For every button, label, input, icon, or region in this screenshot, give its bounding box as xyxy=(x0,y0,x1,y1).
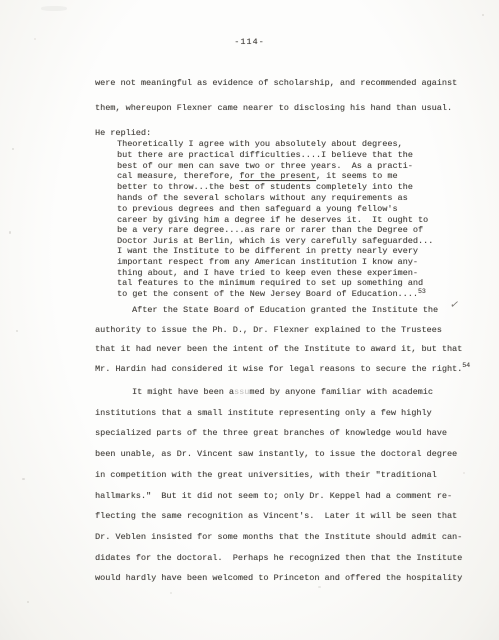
paragraph-continuation: were not meaningful as evidence of schol… xyxy=(95,71,471,146)
text-line: were not meaningful as evidence of schol… xyxy=(95,71,471,96)
text-line: important respect from any American inst… xyxy=(117,257,469,268)
text-line: institutions that a small institute repr… xyxy=(95,403,471,424)
text-line: I want the Institute to be different in … xyxy=(117,246,469,257)
text-line: best of our men can save two or three ye… xyxy=(117,161,469,172)
text-line: would hardly have been welcomed to Princ… xyxy=(95,568,471,589)
text-line: hands of the several scholars without an… xyxy=(117,193,469,204)
text-line: After the State Board of Education grant… xyxy=(95,301,471,321)
text-line: specialized parts of the three great bra… xyxy=(95,423,471,444)
text-line: flecting the same recognition as Vincent… xyxy=(95,506,471,527)
paragraph-academic-institutions: It might have been assumed by anyone fam… xyxy=(95,382,471,589)
text-line: cal measure, therefore, for the present,… xyxy=(117,171,469,182)
text-line: better to throw...the best of students c… xyxy=(117,182,469,193)
text-line: hallmarks." But it did not seem to; only… xyxy=(95,486,471,507)
text-line: authority to issue the Ph. D., Dr. Flexn… xyxy=(95,321,471,341)
scanned-typescript-page: -114- were not meaningful as evidence of… xyxy=(0,0,499,640)
blockquote-flexner-institute: I want the Institute to be different in … xyxy=(117,246,469,301)
text-line: be a very rare degree....as rare or rare… xyxy=(117,225,469,236)
text-line: thing about, and I have tried to keep ev… xyxy=(117,268,469,279)
paragraph-state-board: After the State Board of Education grant… xyxy=(95,301,471,379)
text-line: to get the consent of the New Jersey Boa… xyxy=(117,289,469,301)
text-line: but there are practical difficulties....… xyxy=(117,150,469,161)
text-line: Theoretically I agree with you absolutel… xyxy=(117,139,469,150)
text-line: Dr. Veblen insisted for some months that… xyxy=(95,527,471,548)
text-line: tal features to the minimum required to … xyxy=(117,278,469,289)
text-line: Mr. Hardin had considered it wise for le… xyxy=(95,360,471,380)
text-line: didates for the doctoral. Perhaps he rec… xyxy=(95,548,471,569)
text-line: that it had never been the intent of the… xyxy=(95,340,471,360)
text-line: in competition with the great universiti… xyxy=(95,465,471,486)
blockquote-flexner-degrees: Theoretically I agree with you absolutel… xyxy=(117,139,469,247)
text-line: It might have been assumed by anyone fam… xyxy=(95,382,471,403)
document-body: were not meaningful as evidence of schol… xyxy=(0,0,499,640)
text-line: been unable, as Dr. Vincent saw instantl… xyxy=(95,444,471,465)
text-line: to previous degrees and then safeguard a… xyxy=(117,204,469,215)
text-line: them, whereupon Flexner came nearer to d… xyxy=(95,96,471,121)
text-line: career by giving him a degree if he dese… xyxy=(117,215,469,226)
